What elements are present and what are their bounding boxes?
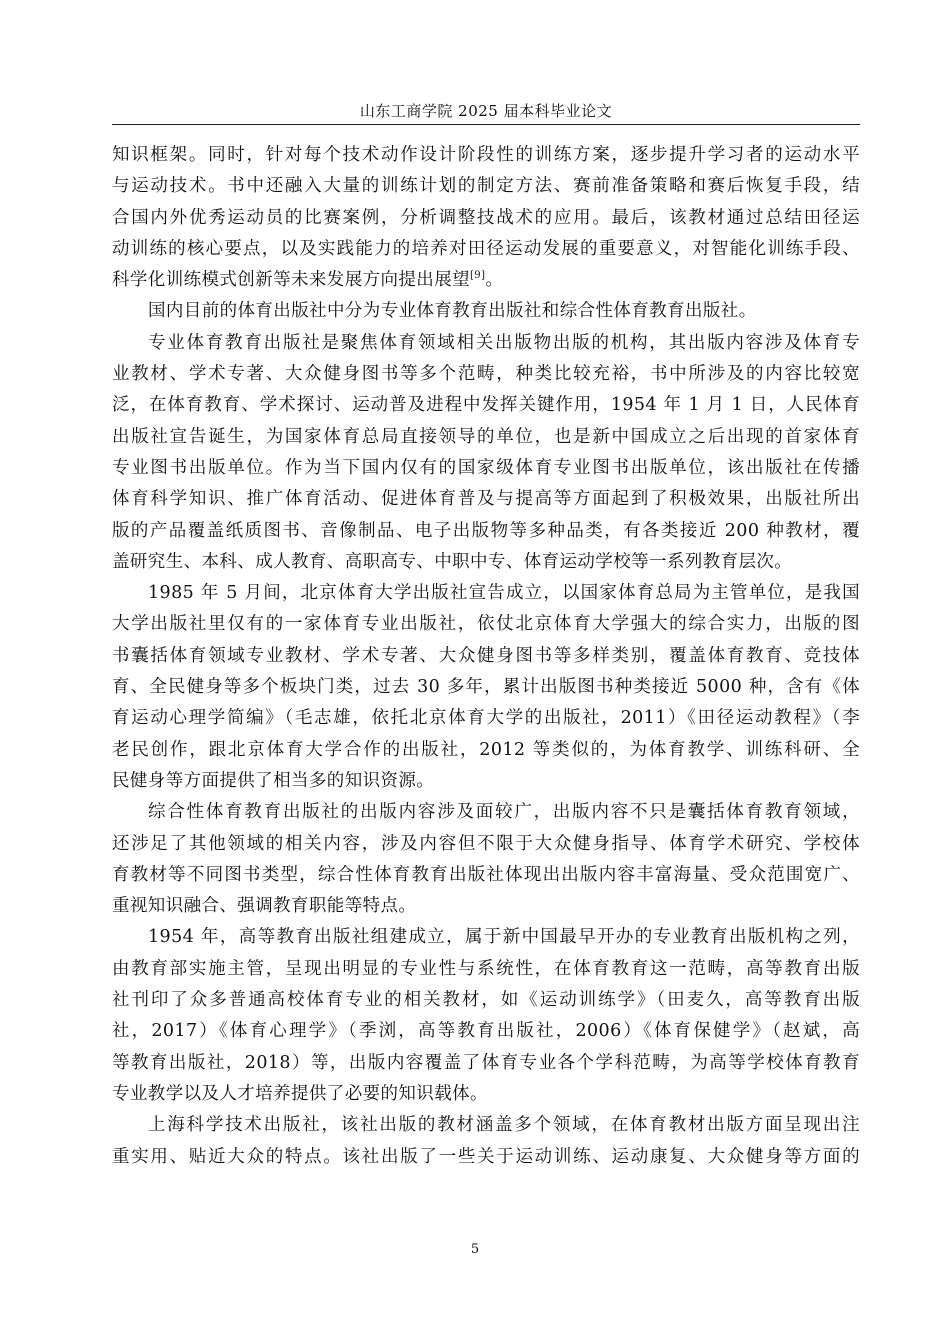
text-line: 与运动技术。书中还融入大量的训练计划的制定方法、赛前准备策略和赛后恢复手段，结 — [112, 171, 860, 202]
text-line: 出版社宣告诞生，为国家体育总局直接领导的单位，也是新中国成立之后出现的首家体育 — [112, 422, 860, 453]
line-text: 与运动技术。书中还融入大量的训练计划的制定方法、赛前准备策略和赛后恢复手段，结 — [112, 176, 860, 196]
text-line: 体育科学知识、推广体育活动、促进体育普及与提高等方面起到了积极效果，出版社所出 — [112, 484, 860, 515]
line-text: 综合性体育教育出版社的出版内容涉及面较广，出版内容不只是囊括体育教育领域， — [148, 802, 860, 822]
line-text: 1985 年 5 月间，北京体育大学出版社宣告成立，以国家体育总局为主管单位，是… — [148, 583, 860, 603]
text-line: 育、全民健身等多个板块门类，过去 30 多年，累计出版图书种类接近 5000 种… — [112, 672, 860, 703]
line-text: 1954 年，高等教育出版社组建成立，属于新中国最早开办的专业教育出版机构之列， — [148, 927, 860, 947]
line-text: 社刊印了众多普通高校体育专业的相关教材，如《运动训练学》（田麦久，高等教育出版 — [112, 990, 860, 1010]
text-line: 社，2017）《体育心理学》（季浏，高等教育出版社，2006）《体育保健学》（赵… — [112, 1016, 860, 1047]
line-text: 育、全民健身等多个板块门类，过去 30 多年，累计出版图书种类接近 5000 种… — [112, 677, 860, 697]
line-text: 由教育部实施主管，呈现出明显的专业性与系统性，在体育教育这一范畴，高等教育出版 — [112, 959, 860, 979]
line-text: 知识框架。同时，针对每个技术动作设计阶段性的训练方案，逐步提升学习者的运动水平 — [112, 145, 860, 165]
line-text: 大学出版社里仅有的一家体育专业出版社，依仗北京体育大学强大的综合实力，出版的图 — [112, 614, 860, 634]
header-rule — [112, 124, 860, 125]
text-line: 泛，在体育教育、学术探讨、运动普及进程中发挥关键作用，1954 年 1 月 1 … — [112, 390, 860, 421]
text-line: 社刊印了众多普通高校体育专业的相关教材，如《运动训练学》（田麦久，高等教育出版 — [112, 985, 860, 1016]
text-line: 上海科学技术出版社，该社出版的教材涵盖多个领域，在体育教材出版方面呈现出注 — [112, 1110, 860, 1141]
line-text: 还涉足了其他领域的相关内容，涉及内容但不限于大众健身指导、体育学术研究、学校体 — [112, 834, 860, 854]
line-text: 等教育出版社，2018）等，出版内容覆盖了体育专业各个学科范畴，为高等学校体育教… — [112, 1053, 860, 1073]
text-line: 书囊括体育领域专业教材、学术专著、大众健身图书等多样类别，覆盖体育教育、竞技体 — [112, 641, 860, 672]
text-line: 版的产品覆盖纸质图书、音像制品、电子出版物等多种品类，有各类接近 200 种教材… — [112, 516, 860, 547]
text-line: 重视知识融合、强调教育职能等特点。 — [112, 891, 860, 922]
text-line: 育教材等不同图书类型，综合性体育教育出版社体现出出版内容丰富海量、受众范围宽广、 — [112, 860, 860, 891]
line-text: 泛，在体育教育、学术探讨、运动普及进程中发挥关键作用，1954 年 1 月 1 … — [112, 395, 860, 415]
line-text: 盖研究生、本科、成人教育、高职高专、中职中专、体育运动学校等一系列教育层次。 — [112, 552, 792, 572]
line-text: 育运动心理学简编》（毛志雄，依托北京体育大学的出版社，2011）《田径运动教程》… — [112, 708, 860, 728]
line-text: 业教材、学术专著、大众健身图书等多个范畴，种类比较充裕，书中所涉及的内容比较宽 — [112, 364, 860, 384]
text-line: 育运动心理学简编》（毛志雄，依托北京体育大学的出版社，2011）《田径运动教程》… — [112, 703, 860, 734]
text-line: 知识框架。同时，针对每个技术动作设计阶段性的训练方案，逐步提升学习者的运动水平 — [112, 140, 860, 171]
text-line: 重实用、贴近大众的特点。该社出版了一些关于运动训练、运动康复、大众健身等方面的 — [112, 1142, 860, 1173]
line-text: 重实用、贴近大众的特点。该社出版了一些关于运动训练、运动康复、大众健身等方面的 — [112, 1147, 860, 1167]
line-text: 育教材等不同图书类型，综合性体育教育出版社体现出出版内容丰富海量、受众范围宽广、 — [112, 865, 860, 885]
text-line: 综合性体育教育出版社的出版内容涉及面较广，出版内容不只是囊括体育教育领域， — [112, 797, 860, 828]
text-line: 还涉足了其他领域的相关内容，涉及内容但不限于大众健身指导、体育学术研究、学校体 — [112, 829, 860, 860]
text-line: 1954 年，高等教育出版社组建成立，属于新中国最早开办的专业教育出版机构之列， — [112, 922, 860, 953]
line-text: 专业图书出版单位。作为当下国内仅有的国家级体育专业图书出版单位，该出版社在传播 — [112, 458, 860, 478]
text-line: 1985 年 5 月间，北京体育大学出版社宣告成立，以国家体育总局为主管单位，是… — [112, 578, 860, 609]
text-line: 专业图书出版单位。作为当下国内仅有的国家级体育专业图书出版单位，该出版社在传播 — [112, 453, 860, 484]
line-tail: 。 — [485, 270, 503, 290]
text-line: 老民创作，跟北京体育大学合作的出版社，2012 等类似的，为体育教学、训练科研、… — [112, 735, 860, 766]
line-text: 体育科学知识、推广体育活动、促进体育普及与提高等方面起到了积极效果，出版社所出 — [112, 489, 860, 509]
line-text: 老民创作，跟北京体育大学合作的出版社，2012 等类似的，为体育教学、训练科研、… — [112, 740, 860, 760]
text-line: 等教育出版社，2018）等，出版内容覆盖了体育专业各个学科范畴，为高等学校体育教… — [112, 1048, 860, 1079]
line-text: 专业教学以及人才培养提供了必要的知识载体。 — [112, 1084, 488, 1104]
text-line: 动训练的核心要点，以及实践能力的培养对田径运动发展的重要意义，对智能化训练手段、 — [112, 234, 860, 265]
line-text: 合国内外优秀运动员的比赛案例，分析调整技战术的应用。最后，该教材通过总结田径运 — [112, 208, 860, 228]
line-text: 出版社宣告诞生，为国家体育总局直接领导的单位，也是新中国成立之后出现的首家体育 — [112, 427, 860, 447]
text-line: 业教材、学术专著、大众健身图书等多个范畴，种类比较充裕，书中所涉及的内容比较宽 — [112, 359, 860, 390]
line-text: 上海科学技术出版社，该社出版的教材涵盖多个领域，在体育教材出版方面呈现出注 — [148, 1115, 860, 1135]
text-line: 合国内外优秀运动员的比赛案例，分析调整技战术的应用。最后，该教材通过总结田径运 — [112, 203, 860, 234]
line-text: 社，2017）《体育心理学》（季浏，高等教育出版社，2006）《体育保健学》（赵… — [112, 1021, 860, 1041]
line-text: 书囊括体育领域专业教材、学术专著、大众健身图书等多样类别，覆盖体育教育、竞技体 — [112, 646, 860, 666]
text-line: 专业体育教育出版社是聚焦体育领域相关出版物出版的机构，其出版内容涉及体育专 — [112, 328, 860, 359]
text-line: 由教育部实施主管，呈现出明显的专业性与系统性，在体育教育这一范畴，高等教育出版 — [112, 954, 860, 985]
line-text: 民健身等方面提供了相当多的知识资源。 — [112, 771, 434, 791]
line-text: 版的产品覆盖纸质图书、音像制品、电子出版物等多种品类，有各类接近 200 种教材… — [112, 521, 860, 541]
text-line: 国内目前的体育出版社中分为专业体育教育出版社和综合性体育教育出版社。 — [112, 296, 860, 327]
text-line: 大学出版社里仅有的一家体育专业出版社，依仗北京体育大学强大的综合实力，出版的图 — [112, 609, 860, 640]
text-line: 科学化训练模式创新等未来发展方向提出展望[9]。 — [112, 265, 860, 296]
running-header: 山东工商学院 2025 届本科毕业论文 — [112, 100, 860, 122]
citation-ref: [9] — [470, 270, 485, 281]
text-line: 盖研究生、本科、成人教育、高职高专、中职中专、体育运动学校等一系列教育层次。 — [112, 547, 860, 578]
text-line: 民健身等方面提供了相当多的知识资源。 — [112, 766, 860, 797]
line-text: 动训练的核心要点，以及实践能力的培养对田径运动发展的重要意义，对智能化训练手段、 — [112, 239, 860, 259]
body-text: 知识框架。同时，针对每个技术动作设计阶段性的训练方案，逐步提升学习者的运动水平与… — [112, 140, 860, 1173]
text-line: 专业教学以及人才培养提供了必要的知识载体。 — [112, 1079, 860, 1110]
line-text: 科学化训练模式创新等未来发展方向提出展望 — [112, 270, 470, 290]
line-text: 国内目前的体育出版社中分为专业体育教育出版社和综合性体育教育出版社。 — [148, 301, 757, 321]
page-number: 5 — [0, 1242, 950, 1257]
line-text: 重视知识融合、强调教育职能等特点。 — [112, 896, 416, 916]
line-text: 专业体育教育出版社是聚焦体育领域相关出版物出版的机构，其出版内容涉及体育专 — [148, 333, 860, 353]
